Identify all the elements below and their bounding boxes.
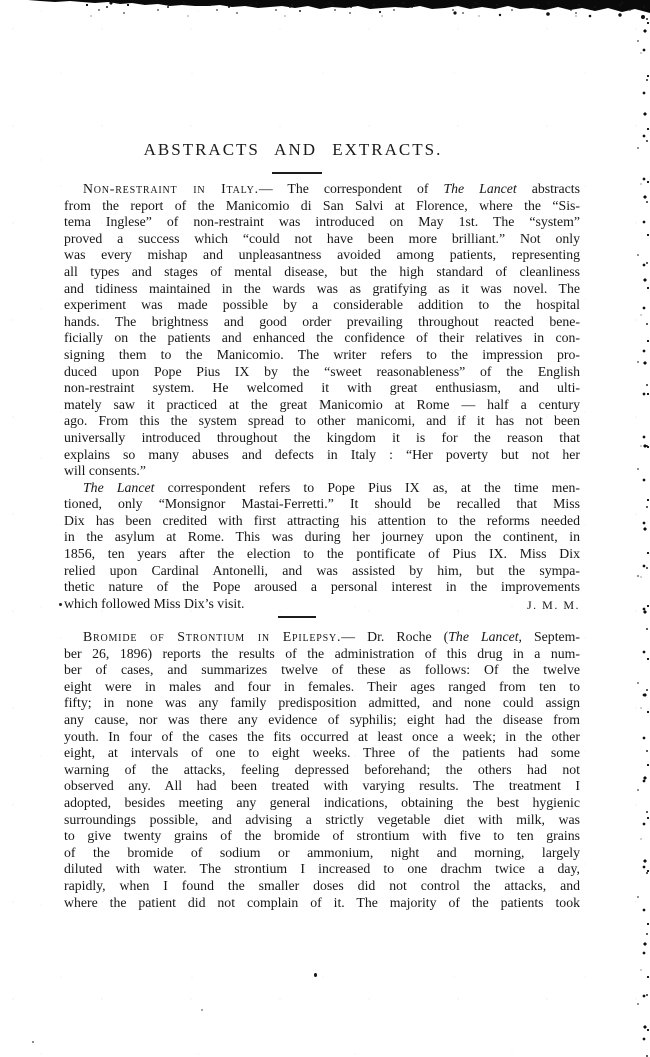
journal-name: The Lancet: [443, 181, 516, 196]
text-segment: — The correspondent of: [259, 181, 444, 196]
text-line: was every mishap and unpleasantness avoi…: [64, 247, 580, 264]
text-line: eight were in males and four in females.…: [64, 679, 580, 696]
text-segment: eight, at intervals of one to eight week…: [64, 745, 580, 760]
text-line: ficially on the patients and enhanced th…: [64, 330, 580, 347]
text-segment: — Dr. Roche (: [341, 629, 448, 644]
text-segment: thetic nature of the Pope aroused a pers…: [64, 579, 580, 594]
text-segment: rapidly, when I found the smaller doses …: [64, 878, 580, 893]
abstract-heading: Non-restraint in Italy.: [83, 181, 259, 196]
text-segment: from the report of the Manicomio di San …: [64, 198, 580, 213]
text-segment: where the patient did not complain of it…: [64, 895, 580, 910]
text-line: universally introduced throughout the ki…: [64, 430, 580, 447]
text-line: surroundings possible, and advising a st…: [64, 812, 580, 829]
text-line: ber of cases, and summarizes twelve of t…: [64, 662, 580, 679]
scan-artifact-top-speckles: [80, 0, 650, 26]
text-segment: mately saw it practiced at the great Man…: [64, 397, 580, 412]
text-line: will consents.”: [64, 463, 580, 480]
text-segment: surroundings possible, and advising a st…: [64, 812, 580, 827]
scan-artifact-dot: [59, 603, 62, 606]
text-line: mately saw it practiced at the great Man…: [64, 397, 580, 414]
text-segment: ficially on the patients and enhanced th…: [64, 330, 580, 345]
text-segment: hands. The brightness and good order pre…: [64, 314, 580, 329]
text-line: all types and stages of mental disease, …: [64, 264, 580, 281]
text-line: thetic nature of the Pope aroused a pers…: [64, 579, 580, 596]
text-segment: universally introduced throughout the ki…: [64, 430, 580, 445]
text-segment: will consents.”: [64, 463, 146, 478]
text-segment: tema Inglese” of non-restraint was intro…: [64, 214, 580, 229]
abstract-bromide-of-strontium: Bromide of Strontium in Epilepsy.— Dr. R…: [64, 629, 580, 911]
journal-name: The Lancet: [83, 480, 154, 495]
text-line: rapidly, when I found the smaller doses …: [64, 878, 580, 895]
text-segment: ago. From this the system spread to othe…: [64, 413, 580, 428]
text-line: Bromide of Strontium in Epilepsy.— Dr. R…: [64, 629, 580, 646]
text-segment: in the asylum at Rome. This was during h…: [64, 529, 580, 544]
abstract-heading: Bromide of Strontium in Epilepsy.: [83, 629, 341, 644]
text-segment: observed any. All had been treated with …: [64, 778, 580, 793]
text-segment: correspondent refers to Pope Pius IX as,…: [154, 480, 580, 495]
text-line: tema Inglese” of non-restraint was intro…: [64, 214, 580, 231]
text-segment: fifty; in none was any family predisposi…: [64, 695, 580, 710]
text-line: proved a success which “could not have b…: [64, 231, 580, 248]
text-line: Dix has been credited with first attract…: [64, 513, 580, 530]
text-segment: Dix has been credited with first attract…: [64, 513, 580, 528]
text-segment: , Septem-: [519, 629, 580, 644]
text-segment: diluted with water. The strontium I incr…: [64, 861, 580, 876]
text-line: 1856, ten years after the election to th…: [64, 546, 580, 563]
text-line: of the bromide of sodium or ammonium, ni…: [64, 845, 580, 862]
text-segment: and tidiness maintained in the wards was…: [64, 281, 580, 296]
text-line: warning of the attacks, feeling depresse…: [64, 762, 580, 779]
text-line: explains so many abuses and defects in I…: [64, 447, 580, 464]
title-divider-rule: [272, 172, 322, 174]
text-line: adopted, besides meeting any general ind…: [64, 795, 580, 812]
text-segment: tioned, only “Monsignor Mastai-Ferretti.…: [64, 496, 580, 511]
text-line: ber 26, 1896) reports the results of the…: [64, 646, 580, 663]
text-line: signing them to the Manicomio. The write…: [64, 347, 580, 364]
text-line: observed any. All had been treated with …: [64, 778, 580, 795]
text-line: ago. From this the system spread to othe…: [64, 413, 580, 430]
text-segment: explains so many abuses and defects in I…: [64, 447, 580, 462]
scan-artifact-right-speckles: [626, 0, 650, 1057]
text-segment: relied upon Cardinal Antonelli, and was …: [64, 563, 580, 578]
text-segment: signing them to the Manicomio. The write…: [64, 347, 580, 362]
text-segment: 1856, ten years after the election to th…: [64, 546, 580, 561]
text-segment: youth. In four of the cases the fits occ…: [64, 729, 580, 744]
journal-name: The Lancet: [448, 629, 518, 644]
abstract-non-restraint-in-italy: Non-restraint in Italy.— The corresponde…: [64, 181, 580, 612]
scan-artifact-dot: [32, 1041, 34, 1043]
section-divider-rule: [278, 616, 316, 618]
text-line: tioned, only “Monsignor Mastai-Ferretti.…: [64, 496, 580, 513]
text-line: in the asylum at Rome. This was during h…: [64, 529, 580, 546]
text-line: The Lancet correspondent refers to Pope …: [64, 480, 580, 497]
text-segment: adopted, besides meeting any general ind…: [64, 795, 580, 810]
text-segment: ber of cases, and summarizes twelve of t…: [64, 662, 580, 677]
text-line: non-restraint system. He welcomed it wit…: [64, 380, 580, 397]
text-segment: which followed Miss Dix’s visit.: [64, 596, 245, 611]
text-line: fifty; in none was any family predisposi…: [64, 695, 580, 712]
scanned-journal-page: ABSTRACTS AND EXTRACTS. Non-restraint in…: [0, 0, 650, 1057]
text-line: to give twenty grains of the bromide of …: [64, 828, 580, 845]
page-title: ABSTRACTS AND EXTRACTS.: [0, 140, 586, 159]
text-segment: eight were in males and four in females.…: [64, 679, 580, 694]
text-line: where the patient did not complain of it…: [64, 895, 580, 912]
text-line: experiment was made possible by a consid…: [64, 297, 580, 314]
scan-artifact-dot: [201, 1009, 203, 1011]
text-line: any cause, nor was there any evidence of…: [64, 712, 580, 729]
attribution-initials: J. M. M.: [527, 596, 580, 613]
text-line: relied upon Cardinal Antonelli, and was …: [64, 563, 580, 580]
text-line: duced upon Pope Pius IX by the “sweet re…: [64, 364, 580, 381]
text-segment: to give twenty grains of the bromide of …: [64, 828, 580, 843]
text-segment: proved a success which “could not have b…: [64, 231, 580, 246]
text-segment: was every mishap and unpleasantness avoi…: [64, 247, 580, 262]
text-segment: any cause, nor was there any evidence of…: [64, 712, 580, 727]
text-line: J. M. M.which followed Miss Dix’s visit.: [64, 596, 580, 613]
text-segment: duced upon Pope Pius IX by the “sweet re…: [64, 364, 580, 379]
text-segment: ber 26, 1896) reports the results of the…: [64, 646, 580, 661]
text-line: youth. In four of the cases the fits occ…: [64, 729, 580, 746]
text-line: hands. The brightness and good order pre…: [64, 314, 580, 331]
text-segment: non-restraint system. He welcomed it wit…: [64, 380, 580, 395]
text-line: eight, at intervals of one to eight week…: [64, 745, 580, 762]
text-segment: abstracts: [517, 181, 580, 196]
text-segment: experiment was made possible by a consid…: [64, 297, 580, 312]
text-segment: of the bromide of sodium or ammonium, ni…: [64, 845, 580, 860]
text-line: Non-restraint in Italy.— The corresponde…: [64, 181, 580, 198]
text-line: from the report of the Manicomio di San …: [64, 198, 580, 215]
text-segment: all types and stages of mental disease, …: [64, 264, 580, 279]
text-line: diluted with water. The strontium I incr…: [64, 861, 580, 878]
text-segment: warning of the attacks, feeling depresse…: [64, 762, 580, 777]
text-line: and tidiness maintained in the wards was…: [64, 281, 580, 298]
scan-artifact-dot: [314, 973, 317, 977]
